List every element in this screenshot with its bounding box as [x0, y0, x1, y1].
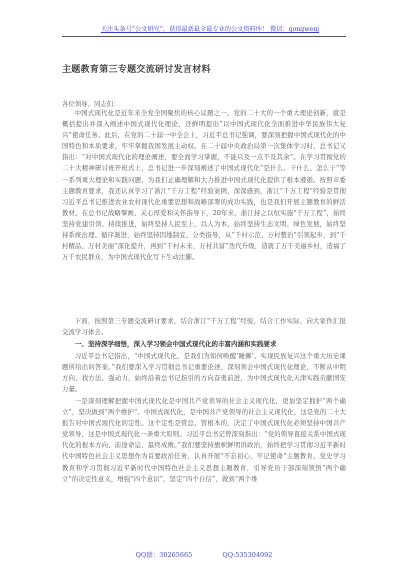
qq-group: QQ群：30265665	[136, 550, 193, 560]
intro-paragraph: 中国式现代化是近年来全党全国聚焦的核心议题之一。党的二十大的一个重大理论创新，就…	[62, 108, 346, 263]
header-banner[interactable]: 关注头条号“公文研究”，获得最新最全最专业的公文资料库！ 微信：gongwenj	[62, 25, 346, 37]
section-1-paragraph-2: 一是深刻理解把握中国式现代化是中国共产党领导的社会主义现代化，更加坚定拥护“两个…	[62, 396, 346, 510]
document-title: 主题教育第三专题交流研讨发言材料	[62, 64, 211, 76]
transition-paragraph: 下面，按照第三专题交流研讨要求，结合浙江“千万工程”经验，结合工作实际，向大家作…	[62, 316, 346, 338]
footer-contact: QQ群：30265665 QQ:535304092	[0, 550, 408, 560]
section-heading-1: 一、坚持深学细悟，深入学习领会中国式现代化的丰富内涵和实践要求	[62, 339, 346, 350]
header-banner-text[interactable]: 关注头条号“公文研究”，获得最新最全最专业的公文资料库！ 微信：gongwenj	[101, 26, 319, 33]
qq-number: QQ:535304092	[222, 550, 272, 560]
section-1-paragraph-1: 习近平总书记指出，“中国式现代化，是我们为如何唤醒‘睡狮’、实现民族复兴这个重大…	[62, 351, 346, 395]
